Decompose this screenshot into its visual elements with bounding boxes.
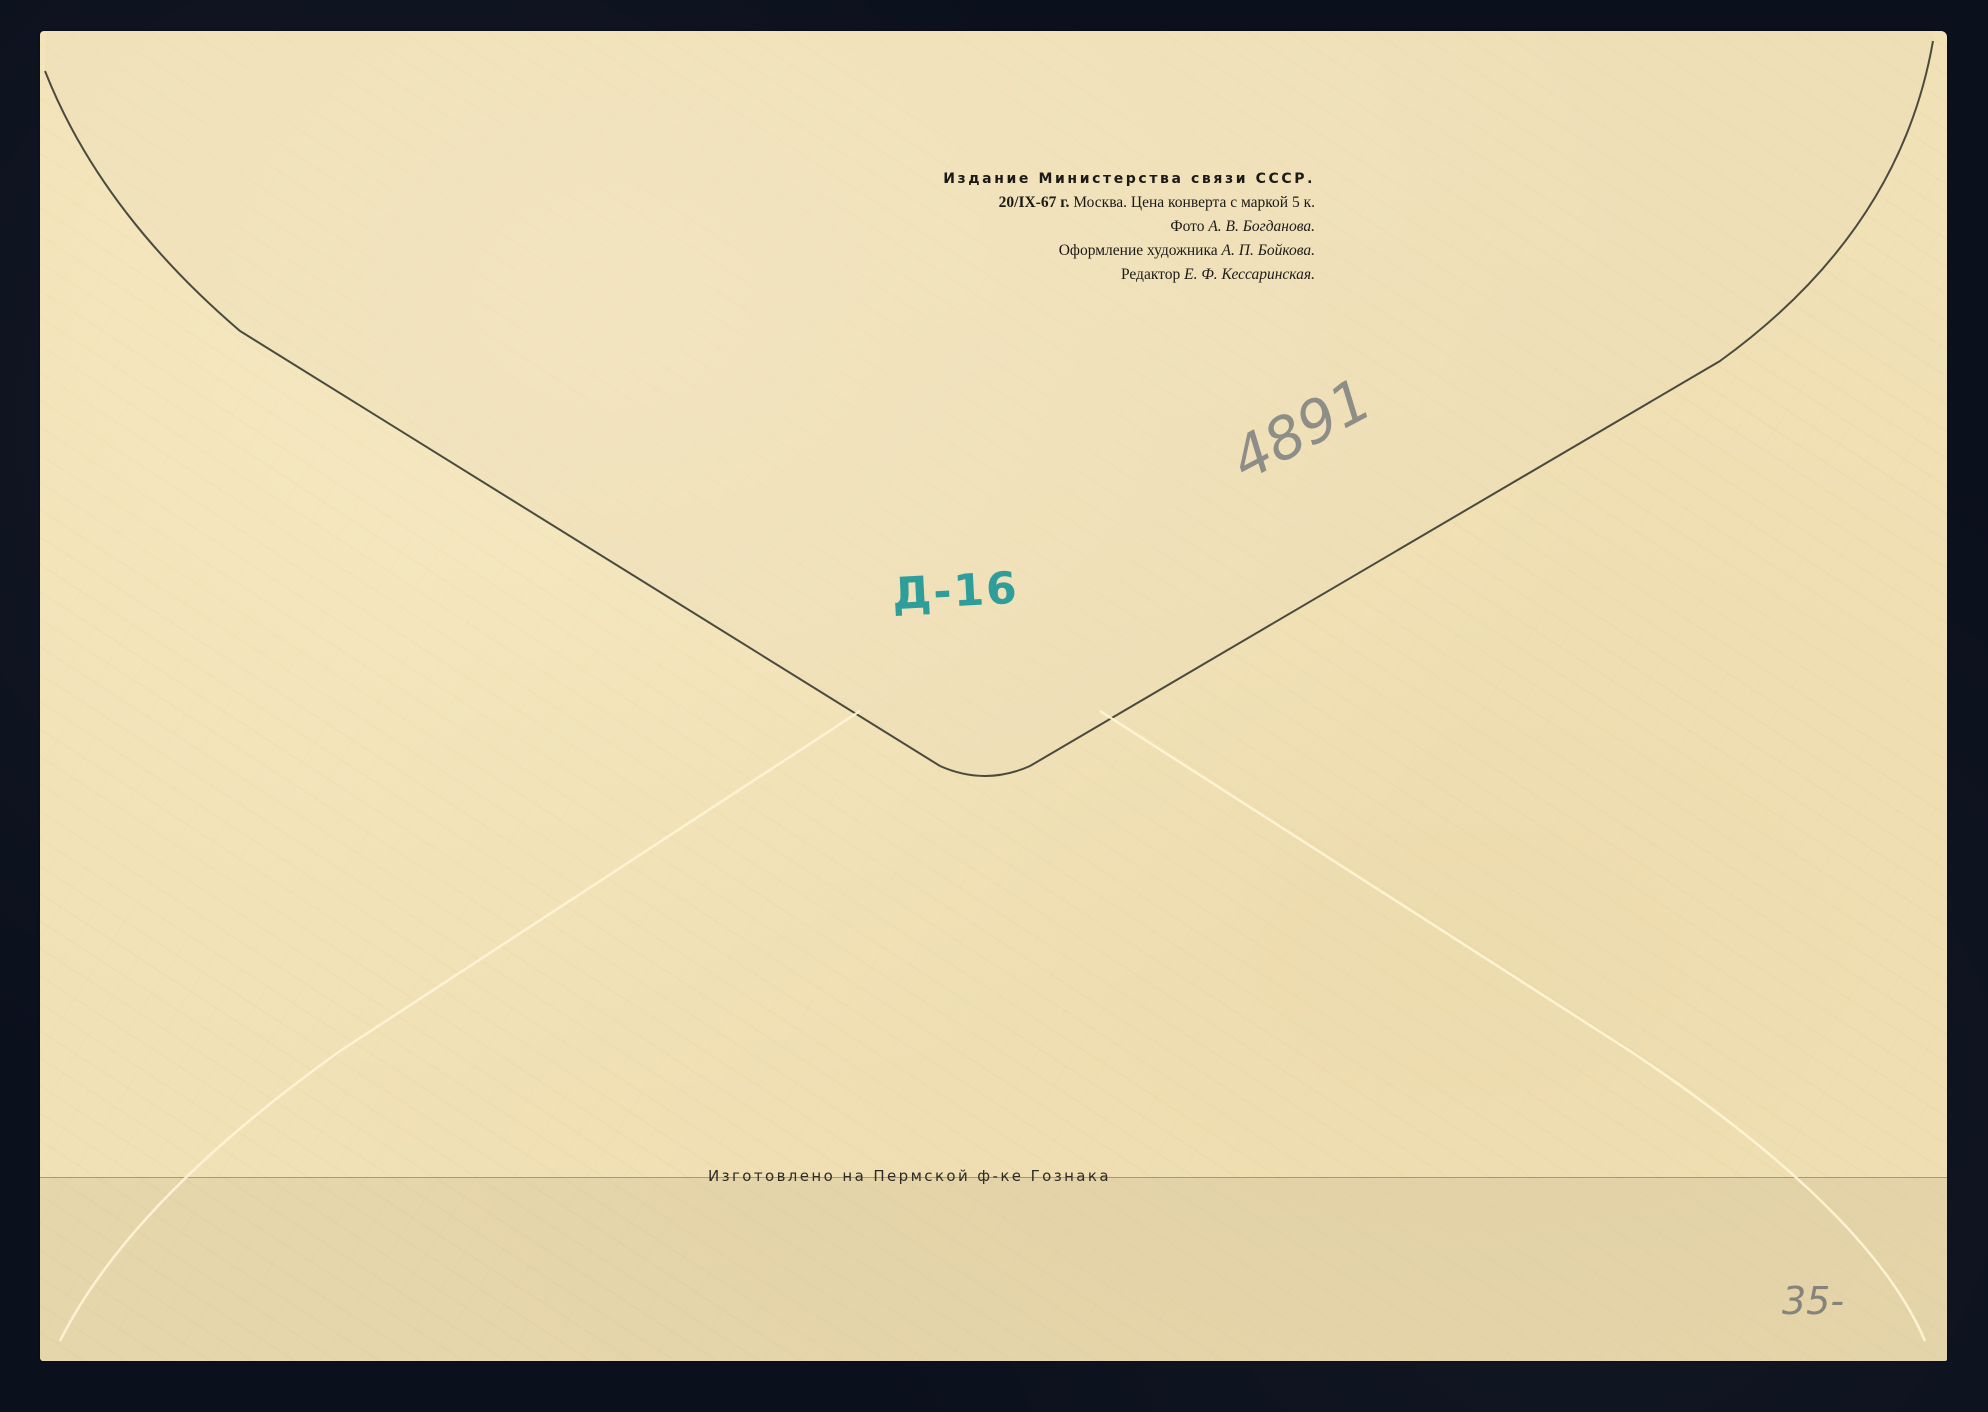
manufacturer-imprint: Изготовлено на Пермской ф-ке Гознака <box>708 1167 1111 1185</box>
imprint-price: Москва. Цена конверта с маркой 5 к. <box>1069 194 1315 211</box>
editor-label: Редактор <box>1121 266 1184 283</box>
publisher-imprint: Издание Министерства связи СССР. 20/IX-6… <box>775 167 1315 287</box>
envelope-back: Издание Министерства связи СССР. 20/IX-6… <box>40 31 1947 1361</box>
design-artist: А. П. Бойкова. <box>1222 242 1315 259</box>
lower-right-crease <box>1100 711 1925 1341</box>
handwritten-teal-code: Д-16 <box>891 563 1020 621</box>
imprint-line-photo: Фото А. В. Богданова. <box>775 215 1315 239</box>
imprint-line-editor: Редактор Е. Ф. Кессаринская. <box>775 263 1315 287</box>
editor-name: Е. Ф. Кессаринская. <box>1184 266 1315 283</box>
imprint-date: 20/IX-67 г. <box>999 194 1070 211</box>
lower-left-crease <box>60 711 860 1341</box>
photo-author: А. В. Богданова. <box>1208 218 1315 235</box>
imprint-line-date-price: 20/IX-67 г. Москва. Цена конверта с марк… <box>775 191 1315 215</box>
photo-label: Фото <box>1170 218 1208 235</box>
imprint-line-design: Оформление художника А. П. Бойкова. <box>775 239 1315 263</box>
top-flap-shape <box>45 31 1933 776</box>
design-label: Оформление художника <box>1059 242 1222 259</box>
imprint-line-publisher: Издание Министерства связи СССР. <box>775 167 1315 191</box>
handwritten-pencil-price: 35- <box>1782 1279 1844 1323</box>
